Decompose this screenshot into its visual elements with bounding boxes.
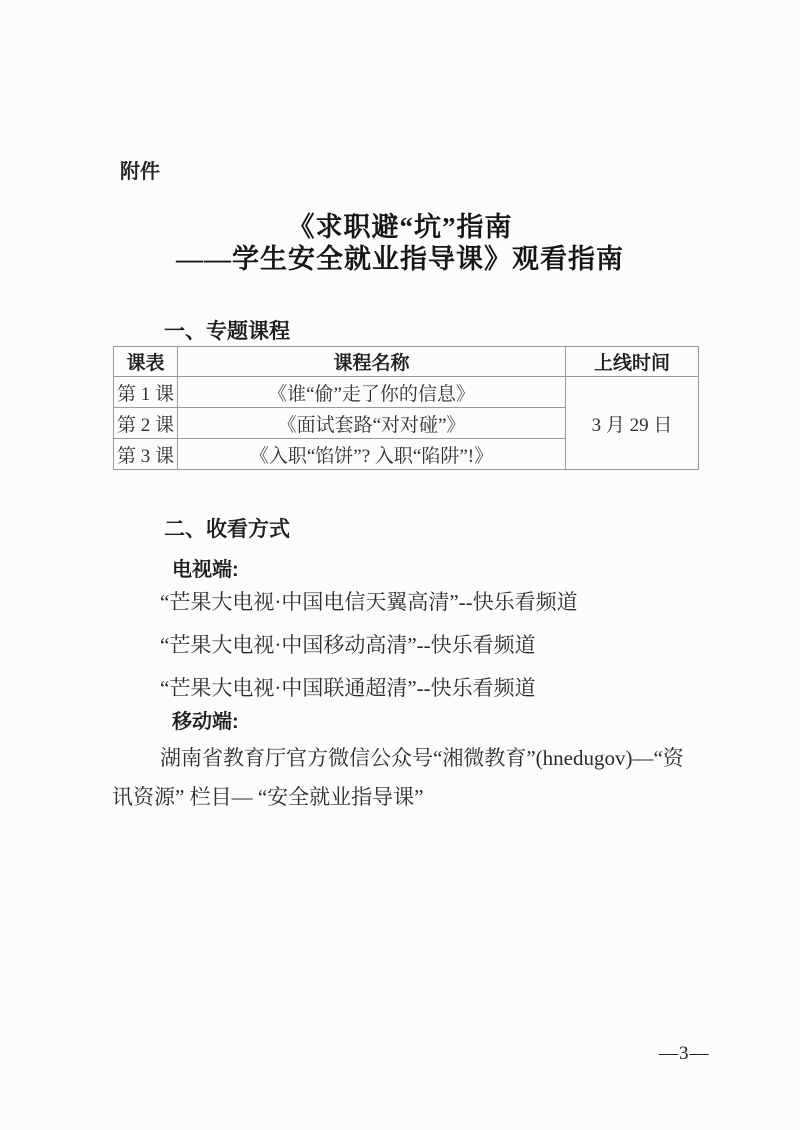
table-row: 第 1 课 《谁“偷”走了你的信息》 3 月 29 日 [114,377,699,408]
section2-heading: 二、收看方式 [164,513,290,543]
tv-channel-line: “芒果大电视·中国移动高清”--快乐看频道 [160,629,536,659]
mobile-description-line1: 湖南省教育厅官方微信公众号“湘微教育”(hnedugov)—“资 [160,742,684,772]
course-table: 课表 课程名称 上线时间 第 1 课 《谁“偷”走了你的信息》 3 月 29 日… [113,346,699,470]
attachment-label: 附件 [120,155,160,184]
tv-channel-line: “芒果大电视·中国联通超清”--快乐看频道 [160,672,536,702]
course-name-cell: 《谁“偷”走了你的信息》 [178,377,566,408]
lesson-number-cell: 第 3 课 [114,439,178,470]
tv-side-label: 电视端: [172,553,239,582]
lesson-number-cell: 第 2 课 [114,408,178,439]
section1-heading: 一、专题课程 [164,315,290,345]
course-name-cell: 《面试套路“对对碰”》 [178,408,566,439]
document-title-line2: ——学生安全就业指导课》观看指南 [0,243,800,275]
col-header-lesson: 课表 [114,347,178,377]
tv-channel-line: “芒果大电视·中国电信天翼高清”--快乐看频道 [160,586,578,616]
online-time-cell: 3 月 29 日 [566,377,699,470]
course-name-cell: 《入职“馅饼”? 入职“陷阱”!》 [178,439,566,470]
mobile-description-line2: 讯资源” 栏目— “安全就业指导课” [112,781,423,811]
col-header-online-time: 上线时间 [566,347,699,377]
document-title: 《求职避“坑”指南 ——学生安全就业指导课》观看指南 [0,211,800,275]
table-header-row: 课表 课程名称 上线时间 [114,347,699,377]
document-page: 附件 《求职避“坑”指南 ——学生安全就业指导课》观看指南 一、专题课程 课表 … [0,0,800,1130]
lesson-number-cell: 第 1 课 [114,377,178,408]
mobile-side-label: 移动端: [172,705,239,734]
document-title-line1: 《求职避“坑”指南 [0,211,800,243]
col-header-course-name: 课程名称 [178,347,566,377]
page-number: —3— [659,1043,710,1065]
